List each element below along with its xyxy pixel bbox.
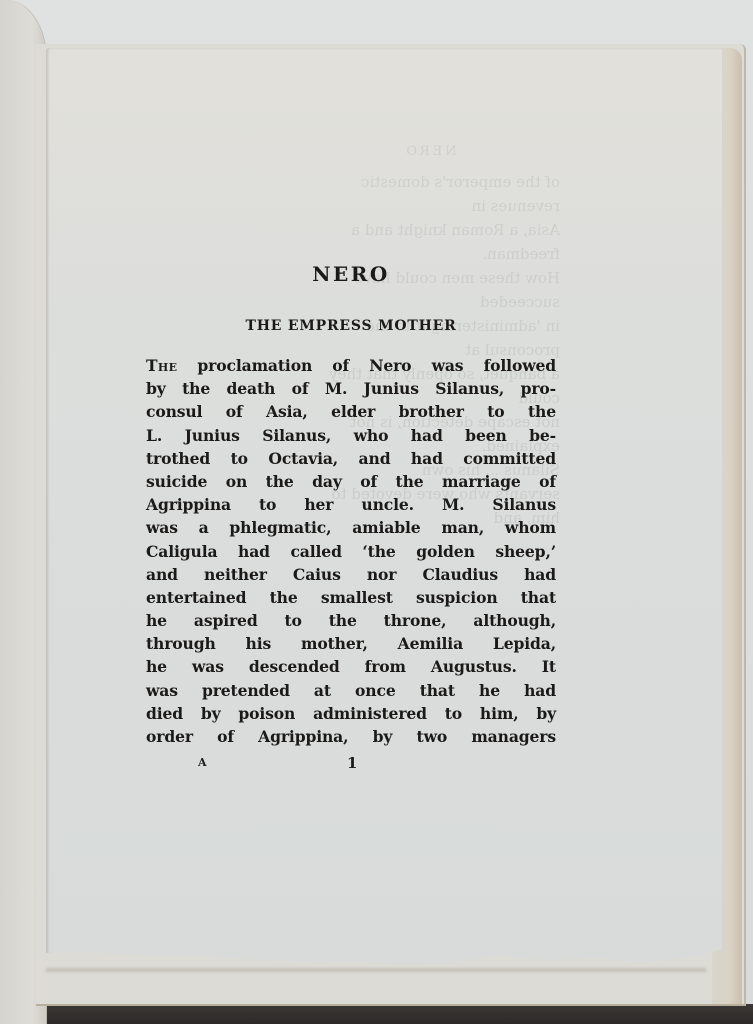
body-line: died by poison administered to him, by xyxy=(146,702,556,725)
body-line-text: proclamation of Nero was followed xyxy=(177,356,556,375)
body-line: order of Agrippina, by two managers xyxy=(146,725,556,748)
body-line: L. Junius Silanus, who had been be- xyxy=(146,424,556,447)
show-through-line: of the emperor's domestic revenues in xyxy=(300,170,560,218)
body-line: he aspired to the throne, although, xyxy=(146,609,556,632)
opening-word: The xyxy=(146,356,177,375)
body-line: by the death of M. Junius Silanus, pro- xyxy=(146,377,556,400)
body-line: suicide on the day of the marriage of xyxy=(146,470,556,493)
signature-mark: A xyxy=(198,756,207,769)
page-text-block: NERO THE EMPRESS MOTHER The proclamation… xyxy=(146,258,556,776)
body-line: was a phlegmatic, amiable man, whom xyxy=(146,516,556,539)
body-line: and neither Caius nor Claudius had xyxy=(146,563,556,586)
body-line: was pretended at once that he had xyxy=(146,679,556,702)
chapter-title: NERO xyxy=(146,258,556,290)
section-title: THE EMPRESS MOTHER xyxy=(146,314,556,338)
page-number: 1 xyxy=(347,754,357,772)
body-line: entertained the smallest suspicion that xyxy=(146,586,556,609)
body-line-1: The proclamation of Nero was followed xyxy=(146,354,556,377)
body-paragraph: The proclamation of Nero was followed by… xyxy=(146,354,556,748)
body-line: consul of Asia, elder brother to the xyxy=(146,400,556,423)
show-through-running-head: NERO xyxy=(300,140,560,164)
body-line: he was descended from Augustus. It xyxy=(146,655,556,678)
body-line: Caligula had called ‘the golden sheep,’ xyxy=(146,540,556,563)
body-line: Agrippina to her uncle. M. Silanus xyxy=(146,493,556,516)
body-line: through his mother, Aemilia Lepida, xyxy=(146,632,556,655)
deckle-edge xyxy=(46,968,706,972)
body-line: trothed to Octavia, and had committed xyxy=(146,447,556,470)
page-footer: A 1 xyxy=(146,752,556,776)
table-shadow xyxy=(30,1004,753,1024)
